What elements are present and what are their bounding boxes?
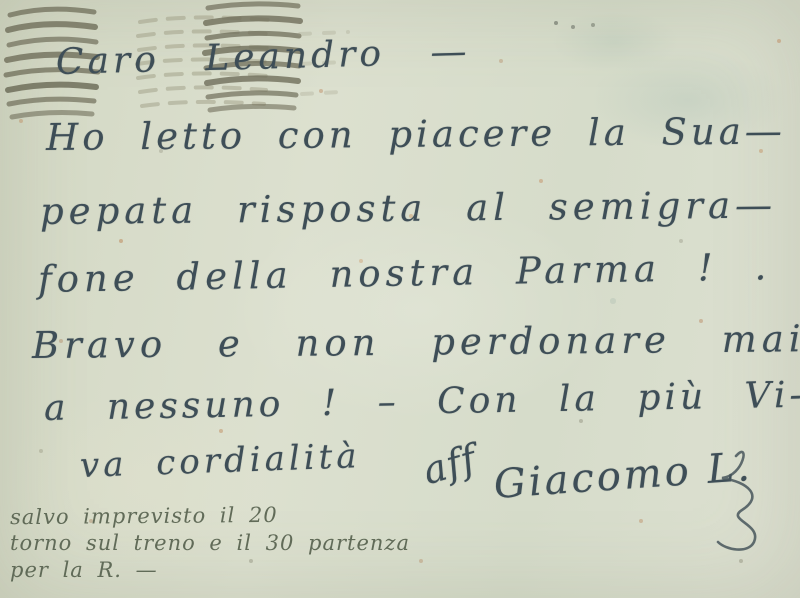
body-line-3: fone della nostra Parma ! . .: [38, 244, 800, 301]
body-line-1: Ho letto con piacere la Sua—: [46, 110, 786, 159]
closing-abbreviation: aff: [418, 436, 482, 493]
body-line-2: pepata risposta al semigra—: [40, 184, 777, 233]
body-line-4: Bravo e non perdonare mai: [32, 317, 800, 367]
pencil-note-line-3: per la R. —: [10, 558, 158, 582]
signature-flourish-icon: [678, 438, 798, 568]
closing-line: va cordialità: [79, 436, 361, 486]
pencil-note-line-2: torno sul treno e il 30 partenza: [10, 531, 410, 555]
postcard-scan: Caro Leandro — Ho letto con piacere la S…: [0, 0, 800, 598]
body-line-5: a nessuno ! – Con la più Vi-: [44, 375, 800, 429]
paper-speckles: [0, 0, 2, 2]
pencil-note-line-1: salvo imprevisto il 20: [10, 503, 278, 529]
